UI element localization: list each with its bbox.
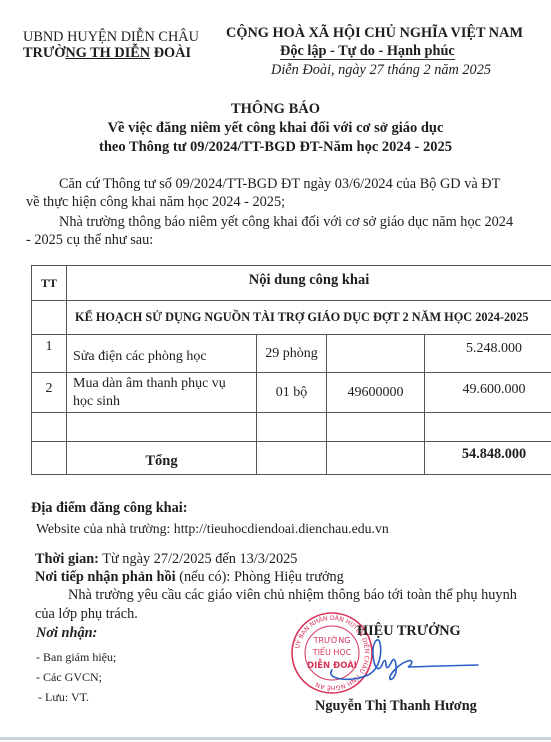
total-amount: 54.848.000 bbox=[424, 441, 551, 475]
table-row-3-item bbox=[66, 412, 257, 442]
table-row-3-unit-price bbox=[326, 412, 425, 442]
feedback-value: (nếu có): Phòng Hiệu trưởng bbox=[176, 569, 344, 585]
plan-tt-cell bbox=[31, 300, 67, 335]
table-row-3-tt bbox=[31, 412, 67, 442]
total-label: Tổng bbox=[66, 441, 257, 475]
page-bottom-border bbox=[0, 737, 551, 740]
website-line: Website của nhà trường: http://tieuhocdi… bbox=[36, 521, 389, 537]
table-row-1-tt: 1 bbox=[31, 334, 67, 373]
time-value: Từ ngày 27/2/2025 đến 13/3/2025 bbox=[99, 551, 298, 567]
request-line-2: của lớp phụ trách. bbox=[35, 606, 138, 623]
table-row-3-quantity bbox=[256, 412, 327, 442]
recipient-item: - Các GVCN; bbox=[36, 670, 102, 685]
plan-title: KẾ HOẠCH SỬ DỤNG NGUỒN TÀI TRỢ GIÁO DỤC … bbox=[66, 300, 551, 335]
disclosure-table: TT Nội dung công khai KẾ HOẠCH SỬ DỤNG N… bbox=[31, 265, 551, 475]
recipient-item: - Lưu: VT. bbox=[38, 690, 89, 705]
document-title: THÔNG BÁO bbox=[0, 101, 551, 118]
body-paragraph-2-cont: - 2025 cụ thể như sau: bbox=[26, 232, 153, 249]
table-row-1-quantity: 29 phòng bbox=[256, 334, 327, 373]
time-line: Thời gian: Từ ngày 27/2/2025 đến 13/3/20… bbox=[35, 551, 297, 568]
national-motto: Độc lập - Tự do - Hạnh phúc bbox=[280, 43, 455, 60]
recipient-item: - Ban giám hiệu; bbox=[36, 650, 116, 665]
authority-name: UBND HUYỆN DIỄN CHÂU bbox=[23, 29, 199, 46]
website-label: Website của nhà trường: bbox=[36, 521, 174, 536]
website-link[interactable]: http://tieuhocdiendoai.dienchau.edu.vn bbox=[174, 521, 389, 536]
total-quantity-cell bbox=[256, 441, 327, 475]
table-row-2-quantity: 01 bộ bbox=[256, 372, 327, 413]
posting-location-label: Địa điểm đăng công khai: bbox=[31, 500, 188, 517]
body-paragraph-2: Nhà trường thông báo niêm yết công khai … bbox=[59, 214, 513, 231]
total-unit-price-cell bbox=[326, 441, 425, 475]
school-name: TRƯỜNG TH DIỄN ĐOÀI bbox=[23, 45, 191, 62]
table-row-2-amount: 49.600.000 bbox=[424, 372, 551, 413]
school-name-underlined: NG TH DIỄN bbox=[65, 45, 150, 61]
body-paragraph-1: Căn cứ Thông tư số 09/2024/TT-BGD ĐT ngà… bbox=[59, 176, 500, 193]
feedback-line: Nơi tiếp nhận phản hồi (nếu có): Phòng H… bbox=[35, 569, 344, 586]
table-row-1-unit-price bbox=[326, 334, 425, 373]
body-paragraph-1-cont: về thực hiện công khai năm học 2024 - 20… bbox=[26, 194, 285, 211]
header-content: Nội dung công khai bbox=[66, 265, 551, 301]
feedback-label: Nơi tiếp nhận phản hồi bbox=[35, 569, 176, 585]
handwritten-signature-icon bbox=[320, 635, 480, 685]
recipients-label: Nơi nhận: bbox=[36, 625, 97, 642]
request-line-1: Nhà trường yêu cầu các giáo viên chủ nhi… bbox=[68, 587, 517, 604]
header-tt: TT bbox=[31, 265, 67, 301]
school-name-part: TRƯỜ bbox=[23, 45, 65, 61]
school-name-part: ĐOÀI bbox=[150, 45, 191, 61]
total-tt-cell bbox=[31, 441, 67, 475]
table-row-3-amount bbox=[424, 412, 551, 442]
table-row-1-amount: 5.248.000 bbox=[424, 334, 551, 373]
signer-name: Nguyễn Thị Thanh Hương bbox=[315, 698, 477, 715]
document-subject-line-1: Về việc đăng niêm yết công khai đối với … bbox=[0, 120, 551, 137]
table-row-2-tt: 2 bbox=[31, 372, 67, 413]
time-label: Thời gian: bbox=[35, 551, 99, 567]
document-subject-line-2: theo Thông tư 09/2024/TT-BGD ĐT-Năm học … bbox=[0, 139, 551, 156]
table-row-2-item: Mua dàn âm thanh phục vụ học sinh bbox=[66, 372, 257, 413]
nation-title: CỘNG HOÀ XÃ HỘI CHỦ NGHĨA VIỆT NAM bbox=[226, 25, 523, 42]
table-row-1-item: Sửa điện các phòng học bbox=[66, 334, 257, 373]
place-date: Diễn Đoài, ngày 27 tháng 2 năm 2025 bbox=[271, 62, 491, 79]
table-row-2-unit-price: 49600000 bbox=[326, 372, 425, 413]
